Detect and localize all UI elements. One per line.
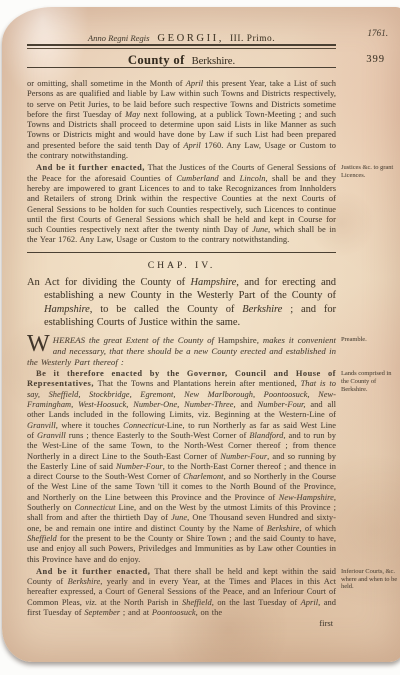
drop-cap: W	[27, 335, 53, 354]
text-block: or omitting, shall sometime in the Month…	[27, 79, 336, 628]
paragraph-county-bounds: Be it therefore enacted by the Governor,…	[27, 369, 336, 565]
regnal-year-italic: Anno Regni Regis	[88, 33, 150, 43]
county-header: County of Berkshire. 399	[27, 51, 336, 65]
chapter-heading: CHAP. IV.	[27, 260, 336, 271]
year-label: 1761.	[367, 28, 388, 38]
header-rule-bottom	[27, 67, 336, 68]
section-divider	[27, 252, 336, 253]
margin-note: Inferiour Courts, &c. where and when to …	[341, 568, 400, 591]
county-of-label: County of	[128, 53, 185, 67]
margin-note: Preamble.	[341, 336, 400, 344]
catchword: first	[27, 618, 336, 628]
page-number: 399	[366, 54, 385, 65]
paragraph-courts: And be it further enacted, That there sh…	[27, 567, 336, 618]
paragraph-preamble: WHEREAS the great Extent of the County o…	[27, 335, 336, 367]
margin-note: Justices &c. to grant Licences.	[341, 164, 400, 179]
page-content: Anno Regni Regis GEORGII, III. Primo. 17…	[2, 7, 400, 662]
header-rule-top	[27, 44, 336, 49]
regnal-ordinal: III. Primo.	[230, 33, 275, 43]
county-name: Berkshire.	[192, 56, 235, 67]
running-header: Anno Regni Regis GEORGII, III. Primo. 17…	[27, 28, 336, 40]
document-page: Anno Regni Regis GEORGII, III. Primo. 17…	[2, 7, 400, 662]
paragraph-licences: And be it further enacted, That the Just…	[27, 163, 336, 245]
act-title: An Act for dividing the County of Hampsh…	[27, 276, 336, 330]
king-name: GEORGII,	[157, 33, 224, 44]
paragraph-jury-lists: or omitting, shall sometime in the Month…	[27, 79, 336, 161]
margin-note: Lands comprised in the County of Berkshi…	[341, 370, 400, 393]
